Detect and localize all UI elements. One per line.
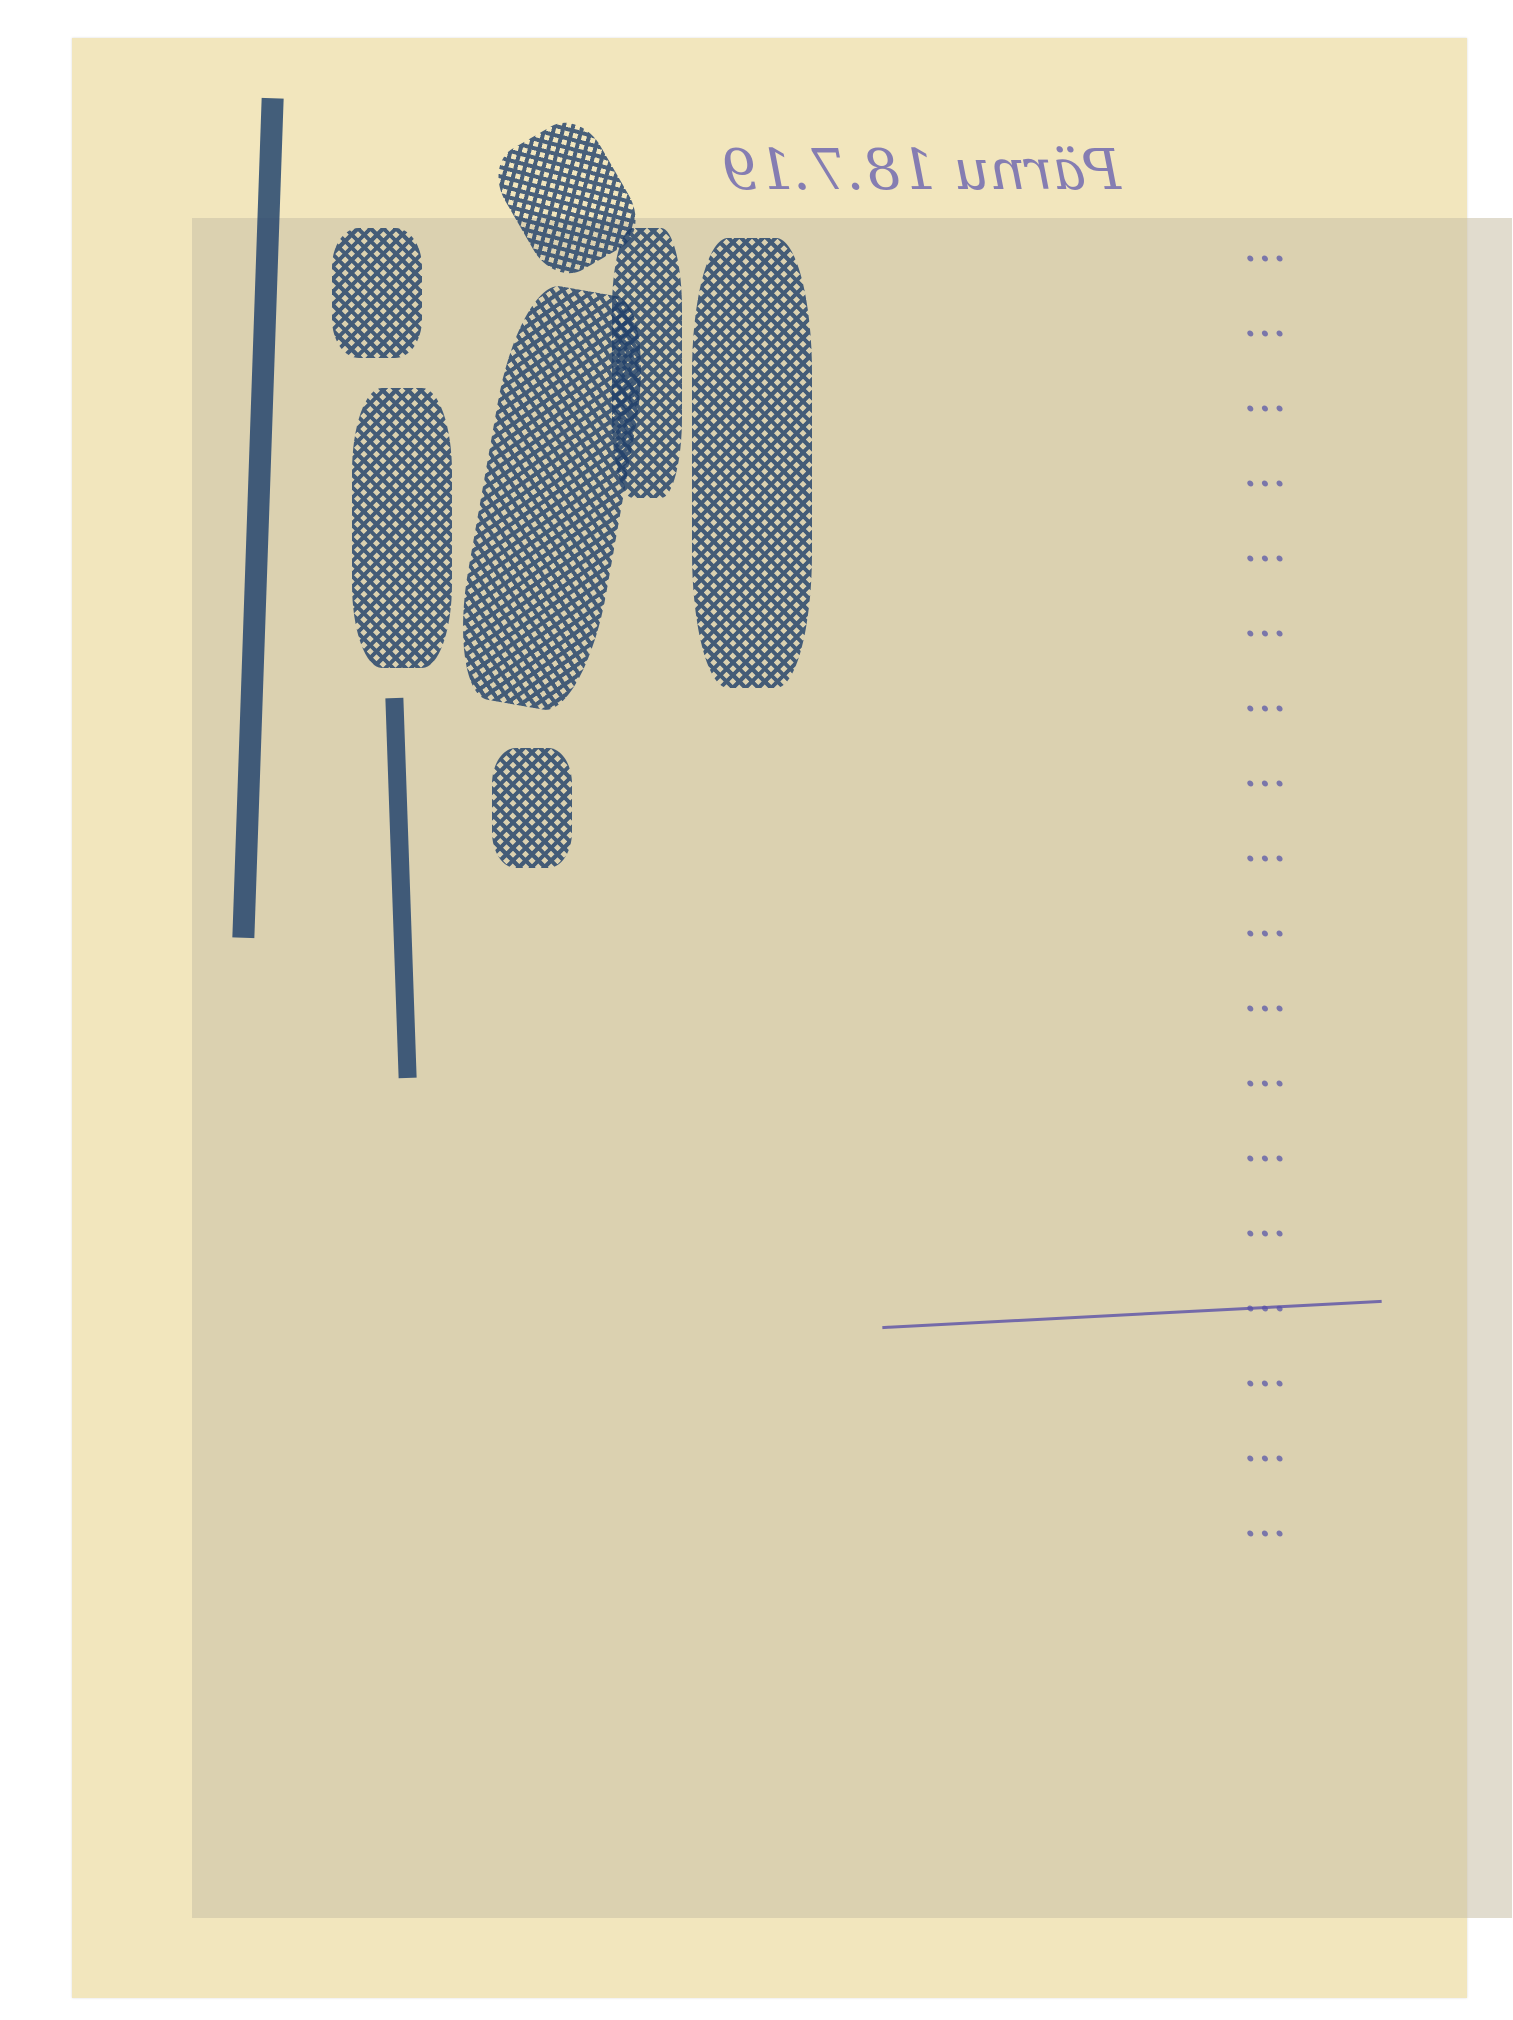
text-line: ... bbox=[1243, 593, 1287, 647]
text-line: ... bbox=[1243, 1493, 1287, 1547]
text-line: ... bbox=[1243, 443, 1287, 497]
text-line: ... bbox=[1243, 1043, 1287, 1097]
text-line: ... bbox=[1243, 893, 1287, 947]
text-line: ... bbox=[1243, 968, 1287, 1022]
ink-scribble bbox=[332, 228, 422, 358]
text-line: ... bbox=[1243, 818, 1287, 872]
letter-date: Pärnu 18.7.19 bbox=[722, 138, 1121, 203]
text-line: ... bbox=[1243, 668, 1287, 722]
text-line: ... bbox=[1243, 293, 1287, 347]
text-line: ... bbox=[1243, 743, 1287, 797]
ink-scribble bbox=[492, 748, 572, 868]
text-line: ... bbox=[1243, 218, 1287, 272]
text-line: ... bbox=[1243, 1418, 1287, 1472]
text-line: ... bbox=[1243, 368, 1287, 422]
text-line: ... bbox=[1243, 1118, 1287, 1172]
text-line: ... bbox=[1243, 1193, 1287, 1247]
ink-scribble bbox=[612, 228, 682, 498]
ink-scribble bbox=[692, 238, 812, 688]
text-line: ... bbox=[1243, 1268, 1287, 1322]
text-line: ... bbox=[1243, 518, 1287, 572]
ink-scribble bbox=[352, 388, 452, 668]
text-line: ... bbox=[1243, 1343, 1287, 1397]
paper-sheet: Pärnu 18.7.19 ... ... ... ... ... ... ..… bbox=[72, 38, 1467, 1998]
